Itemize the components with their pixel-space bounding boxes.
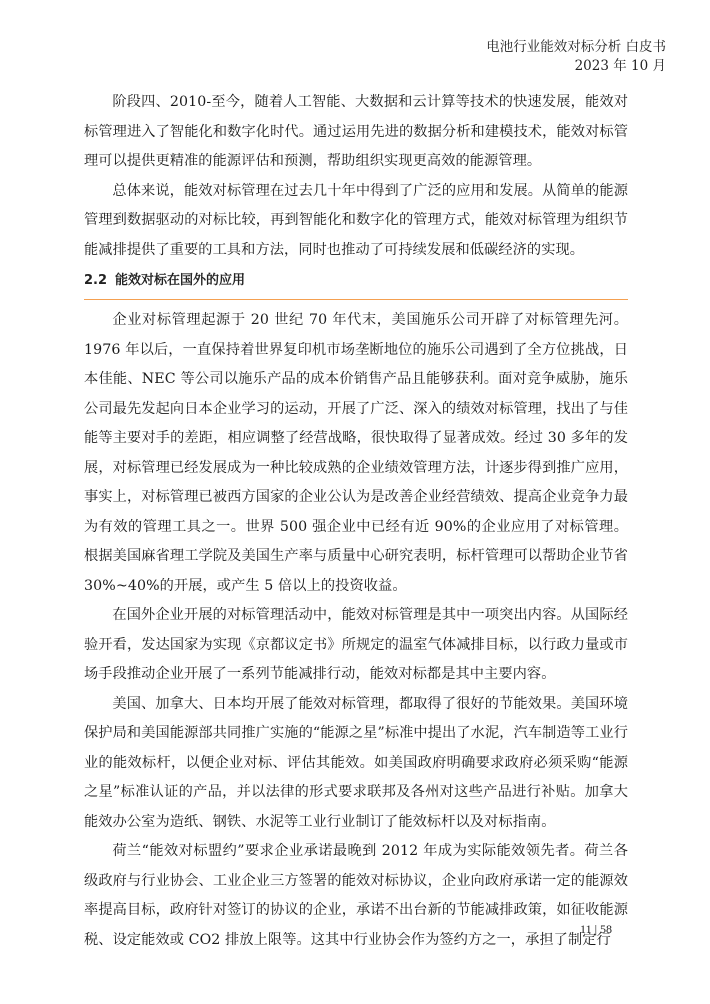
page-header: 电池行业能效对标分析 白皮书 2023 年 10 月: [486, 38, 666, 76]
section-divider: [84, 299, 628, 300]
paragraph: 总体来说，能效对标管理在过去几十年中得到了广泛的应用和发展。从简单的能源管理到数…: [84, 177, 628, 266]
document-title: 电池行业能效对标分析 白皮书: [486, 38, 666, 57]
section-title: 能效对标在国外的应用: [115, 273, 245, 288]
document-date: 2023 年 10 月: [486, 57, 666, 76]
paragraph: 企业对标管理起源于 20 世纪 70 年代末，美国施乐公司开辟了对标管理先河。1…: [84, 306, 628, 601]
page-number: 11 | 58: [580, 922, 612, 937]
section-heading: 2.2能效对标在国外的应用: [84, 270, 628, 300]
paragraph: 荷兰“能效对标盟约”要求企业承诺最晚到 2012 年成为实际能效领先者。荷兰各级…: [84, 837, 628, 955]
paragraph: 美国、加拿大、日本均开展了能效对标管理，都取得了很好的节能效果。美国环境保护局和…: [84, 690, 628, 838]
page-body: 阶段四、2010-至今，随着人工智能、大数据和云计算等技术的快速发展，能效对标管…: [84, 88, 628, 955]
section-number: 2.2: [84, 273, 107, 288]
paragraph: 在国外企业开展的对标管理活动中，能效对标管理是其中一项突出内容。从国际经验开看，…: [84, 601, 628, 690]
paragraph: 阶段四、2010-至今，随着人工智能、大数据和云计算等技术的快速发展，能效对标管…: [84, 88, 628, 177]
